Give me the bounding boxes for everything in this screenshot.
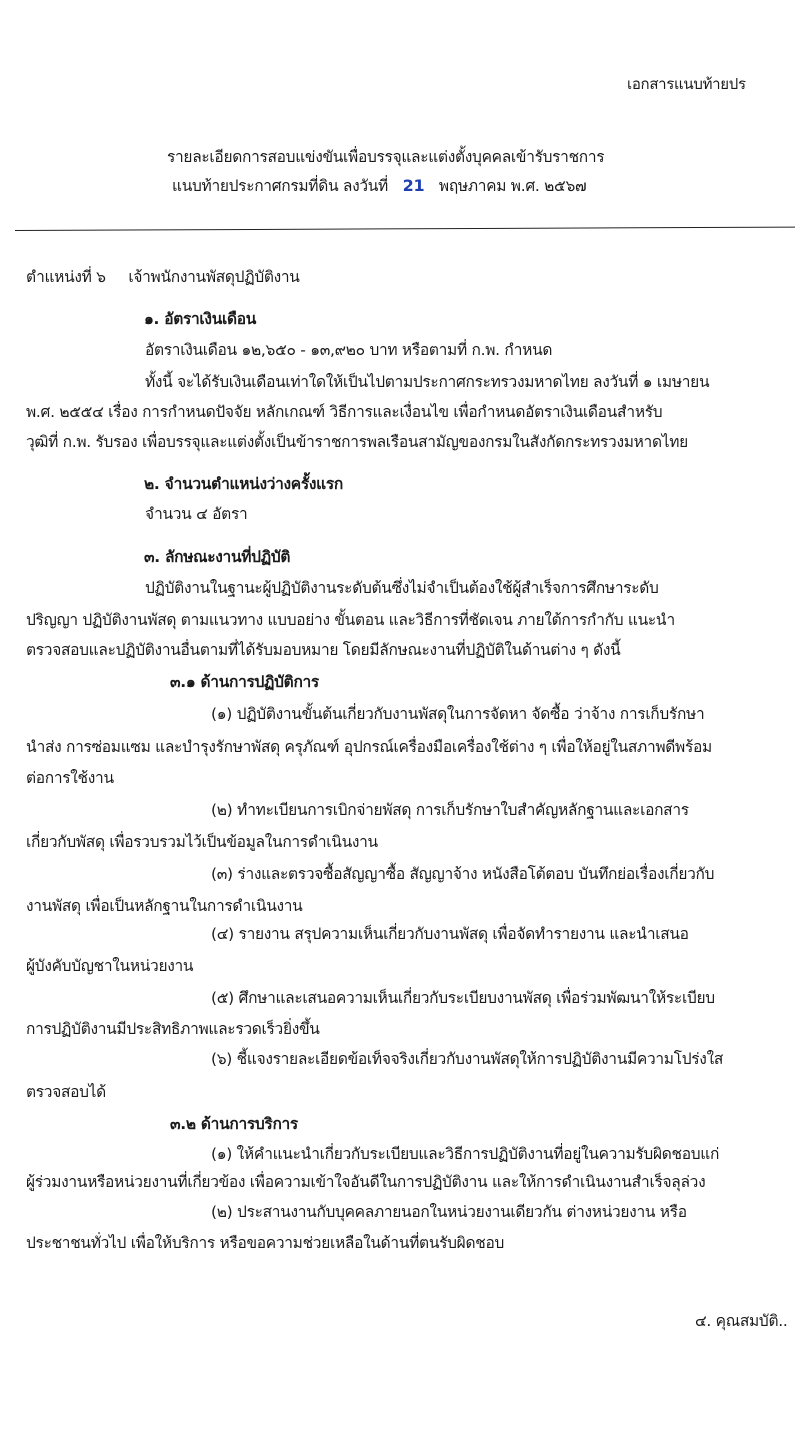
subsection-3-2-heading: ๓.๒ ด้านการบริการ [170, 1114, 298, 1134]
section-1-text: วุฒิที่ ก.พ. รับรอง เพื่อบรรจุและแต่งตั้… [26, 432, 688, 452]
section-3-text: ปริญญา ปฏิบัติงานพัสดุ ตามแนวทาง แบบอย่า… [26, 610, 675, 630]
duty-item-cont: การปฏิบัติงานมีประสิทธิภาพและรวดเร็วยิ่ง… [26, 1019, 320, 1039]
vacancy-count: จำนวน ๔ อัตรา [145, 504, 247, 524]
section-1-text: ทั้งนี้ จะได้รับเงินเดือนเท่าใดให้เป็นไป… [145, 372, 709, 392]
position-heading: ตำแหน่งที่ ๖ เจ้าพนักงานพัสดุปฏิบัติงาน [26, 267, 300, 287]
document-title-line-2: แนบท้ายประกาศกรมที่ดิน ลงวันที่ 21 พฤษภา… [172, 176, 586, 196]
duty-item-cont: งานพัสดุ เพื่อเป็นหลักฐานในการดำเนินงาน [26, 896, 302, 916]
section-1-text: พ.ศ. ๒๕๕๔ เรื่อง การกำหนดปัจจัย หลักเกณฑ… [26, 402, 662, 422]
service-item-cont: ประชาชนทั่วไป เพื่อให้บริการ หรือขอความช… [26, 1233, 504, 1253]
section-3-text: ตรวจสอบและปฏิบัติงานอื่นตามที่ได้รับมอบห… [26, 640, 620, 660]
announcement-date: พฤษภาคม พ.ศ. ๒๕๖๗ [439, 177, 586, 195]
duty-item-cont: ผู้บังคับบัญชาในหน่วยงาน [26, 956, 193, 976]
duty-item: (๔) รายงาน สรุปความเห็นเกี่ยวกับงานพัสดุ… [211, 924, 689, 944]
duty-item: (๕) ศึกษาและเสนอความเห็นเกี่ยวกับระเบียบ… [211, 988, 715, 1008]
handwritten-day: 21 [403, 176, 425, 195]
document-title-line-1: รายละเอียดการสอบแข่งขันเพื่อบรรจุและแต่ง… [167, 147, 604, 167]
duty-item: (๓) ร่างและตรวจซื้อสัญญาซื้อ สัญญาจ้าง ห… [211, 864, 714, 884]
service-item-cont: ผู้ร่วมงานหรือหน่วยงานที่เกี่ยวข้อง เพื่… [26, 1172, 705, 1192]
subsection-3-1-heading: ๓.๑ ด้านการปฏิบัติการ [170, 672, 319, 692]
attachment-label: เอกสารแนบท้ายปร [627, 74, 746, 94]
section-3-text: ปฏิบัติงานในฐานะผู้ปฏิบัติงานระดับต้นซึ่… [145, 578, 659, 598]
duty-item: (๒) ทำทะเบียนการเบิกจ่ายพัสดุ การเก็บรัก… [211, 800, 689, 820]
duty-item: (๖) ชี้แจงรายละเอียดข้อเท็จจริงเกี่ยวกับ… [211, 1049, 723, 1069]
section-1-heading: ๑. อัตราเงินเดือน [144, 309, 256, 329]
duty-item-cont: ต่อการใช้งาน [26, 768, 114, 788]
announcement-prefix: แนบท้ายประกาศกรมที่ดิน ลงวันที่ [172, 177, 388, 195]
next-page-continuation: ๔. คุณสมบัติ.. [695, 1311, 787, 1331]
duty-item: (๑) ปฏิบัติงานขั้นต้นเกี่ยวกับงานพัสดุใน… [211, 704, 704, 724]
duty-item-cont: นำส่ง การซ่อมแซม และบำรุงรักษาพัสดุ ครุภ… [26, 737, 712, 757]
section-2-heading: ๒. จำนวนตำแหน่งว่างครั้งแรก [144, 474, 343, 494]
service-item: (๒) ประสานงานกับบุคคลภายนอกในหน่วยงานเดี… [211, 1202, 687, 1222]
duty-item-cont: เกี่ยวกับพัสดุ เพื่อรวบรวมไว้เป็นข้อมูลใ… [26, 832, 378, 852]
position-label: ตำแหน่งที่ ๖ [26, 268, 106, 286]
section-3-heading: ๓. ลักษณะงานที่ปฏิบัติ [144, 547, 290, 567]
salary-range: อัตราเงินเดือน ๑๒,๖๕๐ - ๑๓,๙๒๐ บาท หรือต… [145, 340, 552, 360]
position-name: เจ้าพนักงานพัสดุปฏิบัติงาน [128, 268, 299, 286]
duty-item-cont: ตรวจสอบได้ [26, 1082, 106, 1102]
service-item: (๑) ให้คำแนะนำเกี่ยวกับระเบียบและวิธีการ… [211, 1144, 719, 1164]
header-divider [15, 227, 795, 231]
